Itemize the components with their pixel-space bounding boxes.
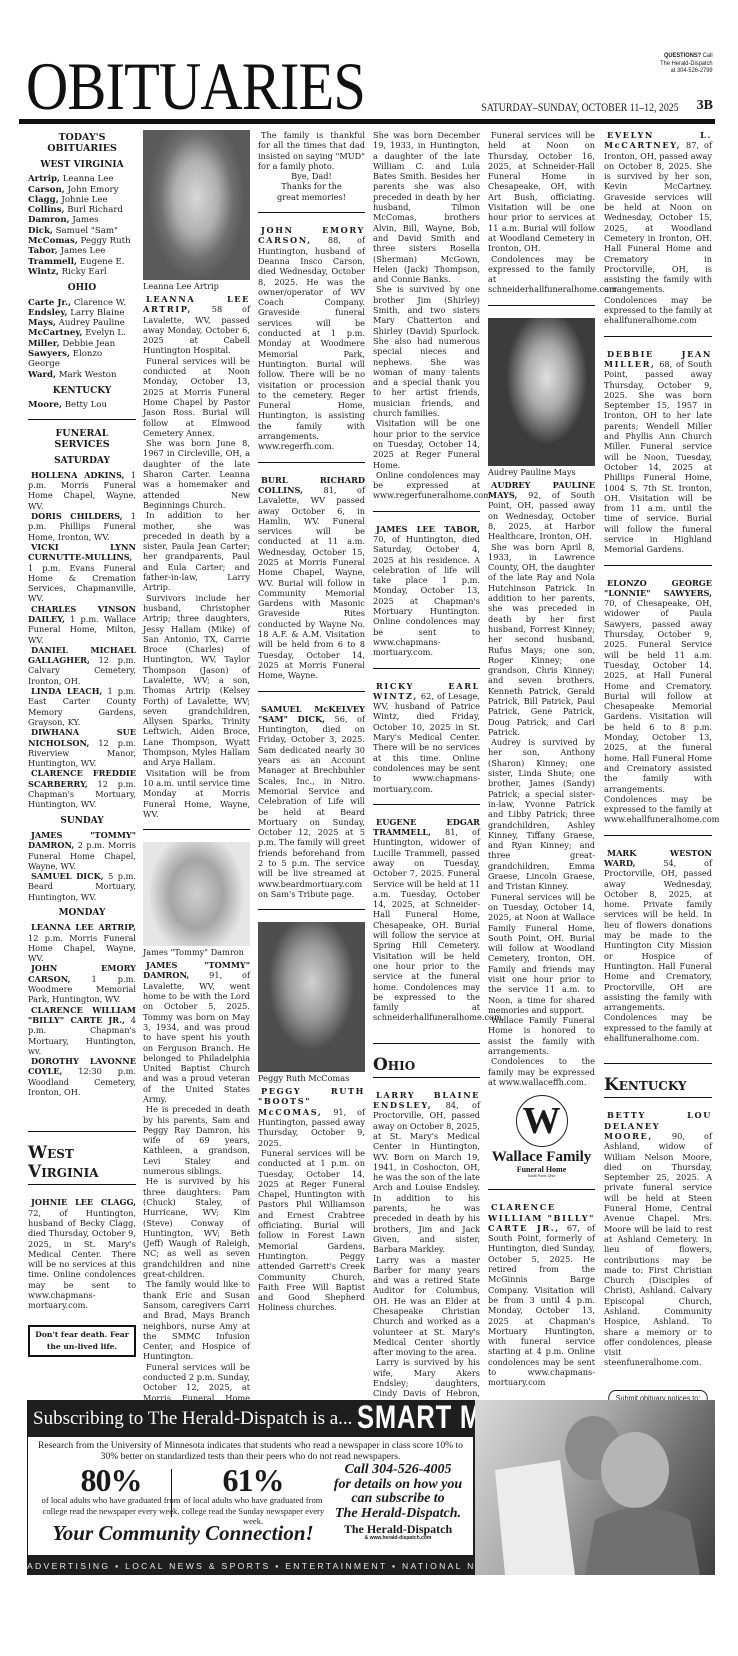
funeral-service-item: CHARLES VINSON DAILEY, 1 p.m. Wallace Fu… — [28, 604, 136, 645]
toc-item[interactable]: Moore, Betty Lou — [28, 400, 136, 410]
obituary-endsley-continued: Funeral services will be held at Noon on… — [488, 130, 595, 295]
toc-item[interactable]: McComas, Peggy Ruth — [28, 236, 136, 246]
obituary-artrip: LEANNA LEE ARTRIP, 58 of Lavalette, WV, … — [143, 294, 250, 819]
photo-james-damron — [143, 842, 250, 946]
photo-caption: James "Tommy" Damron — [143, 947, 250, 957]
toc-item[interactable]: Endsley, Larry Blaine — [28, 308, 136, 318]
obituary-carson: JOHN EMORY CARSON, 88, of Huntington, hu… — [258, 225, 365, 452]
funeral-service-item: JOHN EMORY CARSON, 1 p.m. Woodmere Memor… — [28, 963, 136, 1004]
divider — [28, 419, 136, 420]
questions-phone: at 304-526-2799 — [671, 67, 713, 74]
toc-item[interactable]: Artrip, Leanna Lee — [28, 174, 136, 184]
quote-box: Don't fear death. Fear the un-lived life… — [28, 1325, 136, 1357]
funeral-service-item: SAMUEL DICK, 5 p.m. Beard Mortuary, Hunt… — [28, 871, 136, 902]
toc-item[interactable]: Carson, John Emory — [28, 185, 136, 195]
subscription-advertisement: Subscribing to The Herald-Dispatch is a.… — [27, 1400, 738, 1575]
questions-paper: The Herald-Dispatch — [661, 60, 713, 67]
toc-item[interactable]: Sawyers, Elonzo George — [28, 349, 136, 370]
divider — [258, 691, 365, 692]
obituary-tabor: JAMES LEE TABOR, 70, of Huntington, died… — [373, 524, 480, 658]
masthead-rule — [19, 119, 715, 124]
toc-state-heading: WEST VIRGINIA — [28, 160, 136, 170]
column-6: EVELYN L. McCARTNEY, 87, of Ironton, OH,… — [604, 130, 712, 1420]
toc-item[interactable]: Collins, Burl Richard — [28, 205, 136, 215]
obituary-mccomas-continued: She was born December 19, 1933, in Hunti… — [373, 130, 480, 501]
divider — [143, 829, 250, 830]
funeral-service-item: LEANNA LEE ARTRIP, 12 p.m. Morris Funera… — [28, 922, 136, 963]
obit-name: ELONZO GEORGE "LONNIE" SAWYERS, — [604, 578, 712, 598]
toc-item[interactable]: Carte Jr., Clarence W. — [28, 298, 136, 308]
stat-61: 61% of local adults who have graduated f… — [178, 1465, 328, 1527]
divider — [373, 511, 480, 512]
toc-item[interactable]: Miller, Debbie Jean — [28, 339, 136, 349]
divider — [604, 336, 712, 337]
todays-obituaries-heading: TODAY'S OBITUARIES — [28, 132, 136, 154]
column-5: Funeral services will be held at Noon on… — [488, 130, 595, 1392]
section-heading-kentucky: Kentucky — [604, 1076, 712, 1098]
column-3: The family is thankful for all the times… — [258, 130, 365, 1317]
obituary-ward: MARK WESTON WARD, 54, of Proctorville, O… — [604, 848, 712, 1044]
funeral-services-heading: FUNERAL SERVICES — [28, 428, 136, 450]
divider — [488, 305, 595, 306]
column-4: She was born December 19, 1933, in Hunti… — [373, 130, 480, 1464]
obituary-collins: BURL RICHARD COLLINS, 81, of Lavalette, … — [258, 475, 365, 681]
funeral-service-item: DANIEL MICHAEL GALLAGHER, 12 p.m. Calvar… — [28, 645, 136, 686]
photo-caption: Audrey Pauline Mays — [488, 467, 595, 477]
toc-item[interactable]: Clagg, Johnie Lee — [28, 195, 136, 205]
divider — [258, 212, 365, 213]
newspaper-reading-illustration — [475, 1400, 715, 1575]
ad-footer: ADVERTISING ▪ LOCAL NEWS & SPORTS ▪ ENTE… — [27, 1557, 475, 1575]
funeral-service-item: DORIS CHILDERS, 1 p.m. Phillips Funeral … — [28, 511, 136, 542]
divider — [604, 1063, 712, 1064]
day-heading: SUNDAY — [28, 816, 136, 826]
column-2: Leanna Lee Artrip LEANNA LEE ARTRIP, 58 … — [143, 130, 250, 1500]
toc-item[interactable]: Dick, Samuel "Sam" — [28, 226, 136, 236]
ad-tagline: Your Community Connection! — [38, 1521, 328, 1545]
ad-body: Research from the University of Minnesot… — [28, 1437, 473, 1555]
page-title: OBITUARIES — [26, 52, 365, 120]
questions-contact: QUESTIONS? Call The Herald-Dispatch at 3… — [661, 52, 713, 75]
toc-state-heading: KENTUCKY — [28, 386, 136, 396]
funeral-service-item: HOLLENA ADKINS, 1 p.m. Morris Funeral Ho… — [28, 470, 136, 511]
ad-research-text: Research from the University of Minnesot… — [32, 1440, 469, 1462]
toc-item[interactable]: Damron, James — [28, 215, 136, 225]
toc-item[interactable]: Wintz, Ricky Earl — [28, 267, 136, 277]
funeral-service-item: CLARENCE FREDDIE SCARBERRY, 12 p.m. Chap… — [28, 768, 136, 809]
section-heading-west-virginia: West Virginia — [28, 1144, 136, 1185]
photo-caption: Leanna Lee Artrip — [143, 281, 250, 291]
call-to-subscribe: Call 304-526-4005 for details on how you… — [323, 1463, 473, 1521]
wreath-icon: W — [516, 1095, 568, 1147]
divider — [373, 668, 480, 669]
stat-80: 80% of local adults who have graduated f… — [36, 1465, 186, 1516]
day-heading: SATURDAY — [28, 456, 136, 466]
funeral-service-item: JAMES "TOMMY" DAMRON, 2 p.m. Morris Fune… — [28, 830, 136, 871]
toc-item[interactable]: McCartney, Evelyn L. — [28, 328, 136, 338]
obituary-trammell: EUGENE EDGAR TRAMMELL, 81, of Huntington… — [373, 817, 480, 1023]
toc-item[interactable]: Ward, Mark Weston — [28, 370, 136, 380]
obit-name: JAMES LEE TABOR, — [376, 524, 480, 534]
divider — [488, 1189, 595, 1190]
divider — [373, 804, 480, 805]
photo-peggy-mccomas — [258, 922, 365, 1072]
obituary-damron-continued: The family is thankful for all the times… — [258, 130, 365, 202]
obituary-carte: CLARENCE WILLIAM "BILLY" CARTE JR., 67, … — [488, 1202, 595, 1387]
toc-state-heading: OHIO — [28, 283, 136, 293]
dateline: SATURDAY–SUNDAY, OCTOBER 11–12, 2025 — [482, 100, 679, 115]
obituary-dick: SAMUEL McKELVEY "SAM" DICK, 56, of Hunti… — [258, 704, 365, 900]
divider — [28, 1131, 136, 1132]
divider — [258, 462, 365, 463]
obit-name: JOHNIE LEE CLAGG, — [31, 1197, 136, 1207]
obituary-sawyers: ELONZO GEORGE "LONNIE" SAWYERS, 70, of C… — [604, 578, 712, 825]
obituary-mccartney: EVELYN L. McCARTNEY, 87, of Ironton, OH,… — [604, 130, 712, 326]
day-heading: MONDAY — [28, 908, 136, 918]
funeral-service-item: CLARENCE WILLIAM "BILLY" CARTE JR., 4 p.… — [28, 1005, 136, 1056]
column-1: TODAY'S OBITUARIES WEST VIRGINIA Artrip,… — [28, 130, 136, 1357]
obituary-moore: BETTY LOU DELANEY MOORE, 90, of Ashland,… — [604, 1110, 712, 1367]
divider — [258, 909, 365, 910]
obituary-mays: AUDREY PAULINE MAYS, 92, of South Point,… — [488, 480, 595, 1088]
photo-audrey-mays — [488, 318, 595, 466]
stat-divider — [171, 1469, 172, 1517]
toc-item[interactable]: Tabor, James Lee — [28, 246, 136, 256]
ad-panel: Subscribing to The Herald-Dispatch is a.… — [27, 1400, 475, 1575]
obituary-wintz: RICKY EARL WINTZ, 62, of Lesage, WV, hus… — [373, 681, 480, 794]
ad-photo-mother-son-reading — [475, 1400, 715, 1575]
toc-item[interactable]: Mays, Audrey Pauline — [28, 318, 136, 328]
section-heading-ohio: Ohio — [373, 1056, 480, 1078]
obituary-clagg: JOHNIE LEE CLAGG, 72, of Huntington, hus… — [28, 1197, 136, 1310]
herald-dispatch-logo: The Herald-Dispatch & www.herald-dispatc… — [328, 1523, 468, 1541]
photo-leanna-artrip — [143, 130, 250, 280]
photo-caption: Peggy Ruth McComas — [258, 1073, 365, 1083]
funeral-service-item: DIWHANA SUE NICHOLSON, 12 p.m. Riverview… — [28, 727, 136, 768]
questions-call: Call — [703, 52, 713, 59]
questions-label: QUESTIONS? — [664, 52, 701, 59]
divider — [604, 835, 712, 836]
masthead: OBITUARIES QUESTIONS? Call The Herald-Di… — [26, 52, 715, 122]
obituary-mccomas: PEGGY RUTH "BOOTS" McCOMAS, 91, of Hunti… — [258, 1086, 365, 1313]
funeral-service-item: DOROTHY LAVONNE COYLE, 12:30 p.m. Woodla… — [28, 1056, 136, 1097]
wallace-funeral-home-logo: W Wallace Family Funeral Home South Poin… — [488, 1095, 595, 1179]
funeral-service-item: LINDA LEACH, 1 p.m. East Carter County M… — [28, 686, 136, 727]
page-number: 3B — [697, 98, 713, 114]
toc-item[interactable]: Trammell, Eugene E. — [28, 257, 136, 267]
funeral-service-item: VICKI LYNN CURNUTTE-MULLINS, 1 p.m. Evan… — [28, 542, 136, 604]
divider — [604, 565, 712, 566]
divider — [373, 1043, 480, 1044]
obituary-miller: DEBBIE JEAN MILLER, 68, of South Point, … — [604, 349, 712, 555]
